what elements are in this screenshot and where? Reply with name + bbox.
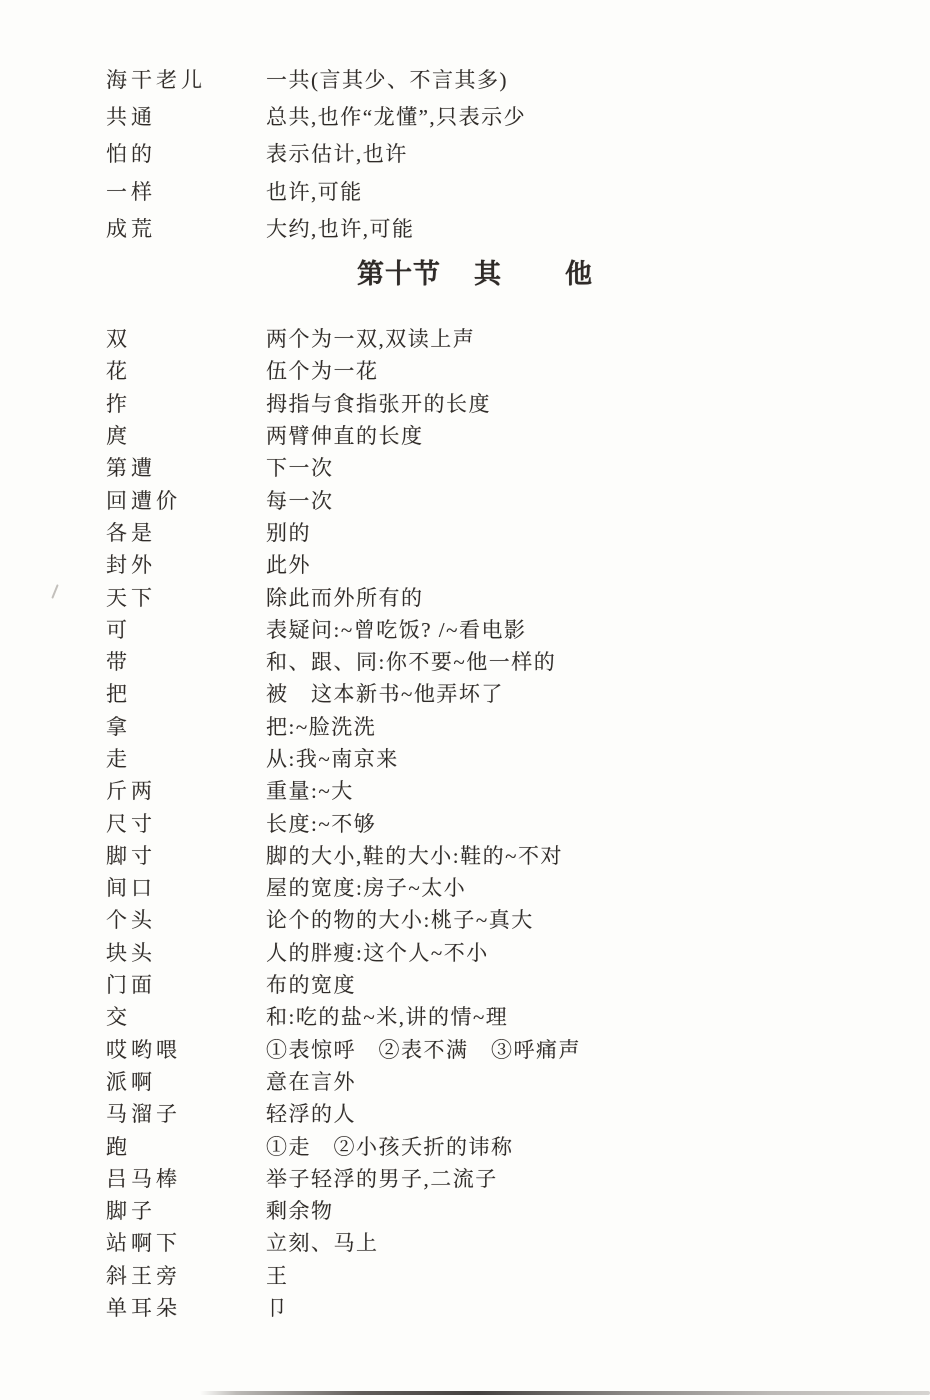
entry-term: 庹 — [106, 420, 266, 450]
scanned-dictionary-page: 海干老儿一共(言其少、不言其多)共通总共,也作“龙懂”,只表示少怕的表示估计,也… — [0, 0, 930, 1400]
dict-entry-row: 庹两臂伸直的长度 — [0, 419, 930, 451]
entry-term: 共通 — [106, 101, 266, 131]
entry-term: 块头 — [106, 937, 266, 967]
entry-term: 拿 — [106, 711, 266, 741]
dict-entry-row: 双两个为一双,双读上声 — [0, 322, 930, 354]
entry-definition: 把:~脸洗洗 — [266, 711, 930, 741]
dict-entry-row: 共通总共,也作“龙懂”,只表示少 — [0, 97, 930, 134]
scan-edge-line — [200, 1391, 930, 1395]
dict-entry-row: 回遭价每一次 — [0, 483, 930, 515]
entry-term: 天下 — [106, 582, 266, 612]
dict-entry-row: 拃拇指与食指张开的长度 — [0, 387, 930, 419]
entry-term: 把 — [106, 678, 266, 708]
dict-entry-row: 花伍个为一花 — [0, 354, 930, 386]
entry-definition: 表示估计,也许 — [266, 138, 930, 168]
entry-definition: 布的宽度 — [266, 969, 930, 999]
dict-entry-row: 跑①走 ②小孩夭折的讳称 — [0, 1129, 930, 1161]
entry-term: 斜王旁 — [106, 1260, 266, 1290]
entry-definition: 和、跟、同:你不要~他一样的 — [266, 646, 930, 676]
dict-entry-row: 海干老儿一共(言其少、不言其多) — [0, 60, 930, 97]
entry-term: 单耳朵 — [106, 1292, 266, 1322]
dict-entry-row: 斤两重量:~大 — [0, 774, 930, 806]
entry-definition: 总共,也作“龙懂”,只表示少 — [266, 101, 930, 131]
dict-entry-row: 交和:吃的盐~米,讲的情~理 — [0, 1000, 930, 1032]
entry-definition: 表疑问:~曾吃饭? /~看电影 — [266, 614, 930, 644]
section-title-char-2: 他 — [565, 252, 593, 291]
entry-term: 个头 — [106, 904, 266, 934]
section-title-char-1: 其 — [474, 252, 502, 291]
dict-entry-row: 单耳朵卩 — [0, 1291, 930, 1323]
dict-entry-row: 脚子剩余物 — [0, 1194, 930, 1226]
entry-term: 走 — [106, 743, 266, 773]
entry-definition: 别的 — [266, 517, 930, 547]
entry-definition: 从:我~南京来 — [266, 743, 930, 773]
section-number: 第十节 — [357, 252, 441, 291]
entry-term: 海干老儿 — [106, 64, 266, 94]
dict-entry-row: 个头论个的物的大小:桃子~真大 — [0, 903, 930, 935]
entry-definition: 被 这本新书~他弄坏了 — [266, 678, 930, 708]
entry-term: 哎哟喂 — [106, 1034, 266, 1064]
entry-definition: 每一次 — [266, 485, 930, 515]
entry-term: 双 — [106, 323, 266, 353]
dict-entry-row: 走从:我~南京来 — [0, 742, 930, 774]
entry-term: 拃 — [106, 388, 266, 418]
entry-definition: 拇指与食指张开的长度 — [266, 388, 930, 418]
entry-definition: 论个的物的大小:桃子~真大 — [266, 904, 930, 934]
entry-definition: 除此而外所有的 — [266, 582, 930, 612]
dict-entry-row: 一样也许,可能 — [0, 172, 930, 209]
entry-definition: 立刻、马上 — [266, 1227, 930, 1257]
entry-term: 斤两 — [106, 775, 266, 805]
entry-definition: 一共(言其少、不言其多) — [266, 64, 930, 94]
dict-entry-row: 带和、跟、同:你不要~他一样的 — [0, 645, 930, 677]
entry-definition: 剩余物 — [266, 1195, 930, 1225]
entry-term: 门面 — [106, 969, 266, 999]
dict-entry-row: 站啊下立刻、马上 — [0, 1226, 930, 1258]
entry-definition: 屋的宽度:房子~太小 — [266, 872, 930, 902]
entry-definition: 伍个为一花 — [266, 355, 930, 385]
entry-term: 站啊下 — [106, 1227, 266, 1257]
dict-entry-row: 可表疑问:~曾吃饭? /~看电影 — [0, 613, 930, 645]
entry-definition: 王 — [266, 1260, 930, 1290]
entry-term: 跑 — [106, 1131, 266, 1161]
entry-term: 一样 — [106, 176, 266, 206]
dict-entry-row: 天下除此而外所有的 — [0, 580, 930, 612]
entry-definition: ①走 ②小孩夭折的讳称 — [266, 1131, 930, 1161]
dict-entry-row: 哎哟喂①表惊呼 ②表不满 ③呼痛声 — [0, 1033, 930, 1065]
entry-term: 回遭价 — [106, 485, 266, 515]
entry-definition: 大约,也许,可能 — [266, 213, 930, 243]
dict-entry-row: 门面布的宽度 — [0, 968, 930, 1000]
intro-entry-list: 海干老儿一共(言其少、不言其多)共通总共,也作“龙懂”,只表示少怕的表示估计,也… — [0, 60, 930, 246]
dict-entry-row: 成荒大约,也许,可能 — [0, 209, 930, 246]
entry-definition: 轻浮的人 — [266, 1098, 930, 1128]
dict-entry-row: 派啊意在言外 — [0, 1065, 930, 1097]
dict-entry-row: 封外此外 — [0, 548, 930, 580]
entry-term: 各是 — [106, 517, 266, 547]
entry-term: 间口 — [106, 872, 266, 902]
dict-entry-row: 斜王旁王 — [0, 1259, 930, 1291]
dict-entry-row: 拿把:~脸洗洗 — [0, 710, 930, 742]
entry-term: 脚子 — [106, 1195, 266, 1225]
entry-definition: 长度:~不够 — [266, 808, 930, 838]
dict-entry-row: 吕马棒举子轻浮的男子,二流子 — [0, 1162, 930, 1194]
dict-entry-row: 间口屋的宽度:房子~太小 — [0, 871, 930, 903]
entry-definition: 此外 — [266, 549, 930, 579]
entry-definition: 人的胖瘦:这个人~不小 — [266, 937, 930, 967]
dict-entry-row: 怕的表示估计,也许 — [0, 135, 930, 172]
entry-term: 可 — [106, 614, 266, 644]
entry-term: 交 — [106, 1001, 266, 1031]
entry-term: 尺寸 — [106, 808, 266, 838]
dict-entry-row: 尺寸长度:~不够 — [0, 806, 930, 838]
entry-definition: 举子轻浮的男子,二流子 — [266, 1163, 930, 1193]
dict-entry-row: 块头人的胖瘦:这个人~不小 — [0, 936, 930, 968]
entry-term: 花 — [106, 355, 266, 385]
dict-entry-row: 各是别的 — [0, 516, 930, 548]
dict-entry-row: 把被 这本新书~他弄坏了 — [0, 677, 930, 709]
entry-term: 派啊 — [106, 1066, 266, 1096]
dict-entry-row: 脚寸脚的大小,鞋的大小:鞋的~不对 — [0, 839, 930, 871]
entry-definition: 下一次 — [266, 452, 930, 482]
entry-definition: 重量:~大 — [266, 775, 930, 805]
entry-term: 吕马棒 — [106, 1163, 266, 1193]
entry-definition: 脚的大小,鞋的大小:鞋的~不对 — [266, 840, 930, 870]
entry-term: 成荒 — [106, 213, 266, 243]
entry-definition: 意在言外 — [266, 1066, 930, 1096]
section-heading: 第十节 其 他 — [357, 252, 593, 291]
dict-entry-row: 马溜子轻浮的人 — [0, 1097, 930, 1129]
entry-definition: 也许,可能 — [266, 176, 930, 206]
entry-definition: ①表惊呼 ②表不满 ③呼痛声 — [266, 1034, 930, 1064]
entry-definition: 两臂伸直的长度 — [266, 420, 930, 450]
entry-definition: 和:吃的盐~米,讲的情~理 — [266, 1001, 930, 1031]
entry-list: 双两个为一双,双读上声花伍个为一花拃拇指与食指张开的长度庹两臂伸直的长度第遭下一… — [0, 322, 930, 1323]
entry-term: 第遭 — [106, 452, 266, 482]
entry-definition: 两个为一双,双读上声 — [266, 323, 930, 353]
entry-term: 怕的 — [106, 138, 266, 168]
dict-entry-row: 第遭下一次 — [0, 451, 930, 483]
entry-term: 封外 — [106, 549, 266, 579]
entry-term: 带 — [106, 646, 266, 676]
entry-term: 马溜子 — [106, 1098, 266, 1128]
entry-definition: 卩 — [266, 1292, 930, 1322]
entry-term: 脚寸 — [106, 840, 266, 870]
